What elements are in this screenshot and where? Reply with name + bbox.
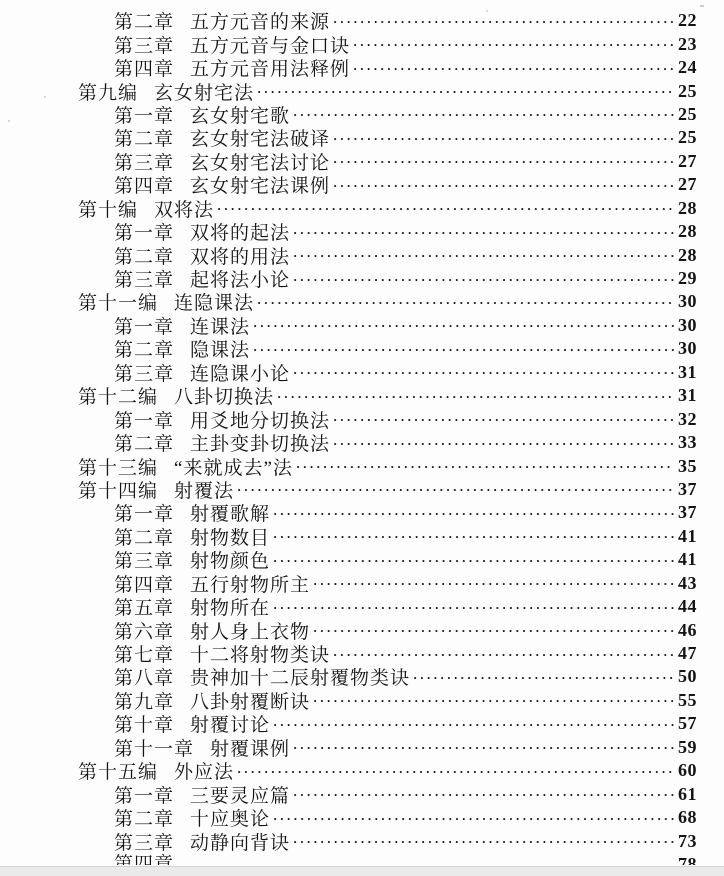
toc-entry: 第一章 连课法 ································… [0,314,724,337]
dot-leader: ········································… [313,691,674,709]
toc-entry-page: 25 [675,104,697,125]
toc-entry: 第十编 双将法 ································… [0,197,724,220]
toc-entry: 第二章 五方元音的来源 ····························… [0,9,724,32]
toc-entry: 第八章 贵神加十二辰射覆物类诀 ························… [0,665,724,688]
dot-leader: ········································… [293,105,674,123]
toc-entry-page: 59 [675,737,697,758]
dot-leader: ········································… [273,809,674,827]
toc-entry-label: 第四章 [114,853,174,865]
toc-entry-page: 50 [675,666,697,687]
toc-entry: 第一章 三要灵应篇 ······························… [0,782,724,805]
toc-list: 第二章 五方元音的来源 ····························… [0,0,724,865]
dot-leader: ········································… [293,270,674,288]
dot-leader: ········································… [273,598,674,616]
toc-entry: 第二章 射物数目 ·······························… [0,525,724,548]
dot-leader: ········································… [313,574,674,592]
dot-leader: ········································… [293,832,674,850]
toc-entry: 第十章 射覆讨论 ·······························… [0,712,724,735]
toc-entry: 第六章 射人身上衣物 ·····························… [0,618,724,641]
toc-entry-page: 28 [675,221,697,242]
toc-entry-title: 动静向背诀 [190,828,290,855]
toc-entry: 第十一章 射覆课例 ······························… [0,736,724,759]
toc-entry-page: 28 [675,245,697,266]
toc-entry-page: 41 [675,549,697,570]
dot-leader: ········································… [333,176,674,194]
toc-entry-page: 33 [675,432,697,453]
toc-entry: 第二章 主卦变卦切换法 ····························… [0,431,724,454]
dot-leader: ········································… [333,152,674,170]
toc-entry-page: 25 [675,81,697,102]
toc-entry: 第九章 八卦射覆断诀 ·····························… [0,689,724,712]
toc-entry: 第三章 五方元音与金口诀 ···························… [0,32,724,55]
dot-leader: ········································… [293,738,674,756]
toc-entry-page: 30 [675,291,697,312]
toc-entry: 第二章 双将的用法 ······························… [0,243,724,266]
toc-entry-page: 24 [675,57,697,78]
toc-entry: 第一章 用爻地分切换法 ····························… [0,407,724,430]
toc-entry-label: 第三章 [114,828,174,855]
dot-leader: ········································… [313,621,674,639]
toc-entry: 第五章 射物所在 ·······························… [0,595,724,618]
dot-leader: ········································… [273,715,674,733]
toc-entry: 第三章 射物颜色 ·······························… [0,548,724,571]
dot-leader: ········································… [237,480,674,498]
toc-entry-page: 22 [675,10,697,31]
dot-leader: ········································… [293,363,674,381]
toc-entry-page: 43 [675,573,697,594]
toc-entry: 第十一编 连隐课法 ······························… [0,290,724,313]
page-bottom-edge [0,866,724,876]
toc-entry-page: 27 [675,151,697,172]
toc-entry-page: 55 [675,690,697,711]
dot-leader: ········································… [333,434,674,452]
toc-entry-page: 32 [675,409,697,430]
dot-leader: ········································… [353,35,674,53]
toc-entry-page: 57 [675,713,697,734]
toc-entry-page: 73 [675,831,697,852]
toc-entry: 第十五编 外应法 ·······························… [0,759,724,782]
toc-entry: 第十二编 八卦切换法 ·····························… [0,384,724,407]
dot-leader: ········································… [257,82,674,100]
toc-entry: 第二章 隐课法 ································… [0,337,724,360]
dot-leader: ········································… [333,129,674,147]
toc-entry-page: 78 [675,853,697,865]
toc-entry-page: 37 [675,502,697,523]
toc-entry-page: 46 [675,620,697,641]
dot-leader: ········································… [237,762,674,780]
toc-entry: 第二章 玄女射宅法破译 ····························… [0,126,724,149]
dot-leader: ········································… [333,645,674,663]
toc-entry-page: 41 [675,526,697,547]
toc-entry: 第七章 十二将射物类诀 ····························… [0,642,724,665]
toc-entry: 第三章 玄女射宅法讨论 ····························… [0,150,724,173]
dot-leader: ········································… [217,199,674,217]
toc-entry-page: 35 [675,456,697,477]
toc-entry: 第四章 78 [0,853,724,865]
toc-entry: 第四章 五方元音用法释例 ···························… [0,56,724,79]
toc-entry: 第四章 玄女射宅法课例 ····························… [0,173,724,196]
toc-entry: 第九编 玄女射宅法 ······························… [0,79,724,102]
dot-leader: ········································… [273,527,674,545]
toc-entry-page: 47 [675,643,697,664]
dot-leader: ········································… [277,387,674,405]
dot-leader: ········································… [257,293,674,311]
toc-entry-page: 60 [675,760,697,781]
toc-entry-page: 25 [675,127,697,148]
toc-entry: 第一章 玄女射宅歌 ······························… [0,103,724,126]
toc-entry-page: 31 [675,362,697,383]
toc-entry-page: 30 [675,338,697,359]
toc-entry: 第二章 十应奥论 ·······························… [0,806,724,829]
scan-speck [8,120,10,122]
scanned-toc-page: 第二章 五方元音的来源 ····························… [0,0,724,876]
dot-leader: ········································… [253,340,674,358]
toc-entry: 第三章 动静向背诀 ······························… [0,829,724,852]
scan-speck [44,96,46,98]
toc-entry-page: 37 [675,479,697,500]
dot-leader: ········································… [353,59,674,77]
toc-entry: 第三章 起将法小论 ······························… [0,267,724,290]
scan-speck [700,5,704,7]
toc-entry: 第四章 五行射物所主 ·····························… [0,572,724,595]
dot-leader: ········································… [293,223,674,241]
toc-entry-page: 61 [675,784,697,805]
toc-entry: 第十四编 射覆法 ·······························… [0,478,724,501]
toc-entry-page: 30 [675,315,697,336]
toc-entry-page: 44 [675,596,697,617]
dot-leader: ········································… [296,457,674,475]
dot-leader: ········································… [333,12,674,30]
toc-entry-page: 31 [675,385,697,406]
dot-leader: ········································… [333,410,674,428]
dot-leader: ········································… [253,316,674,334]
dot-leader: ········································… [413,668,674,686]
toc-entry-page: 27 [675,174,697,195]
scan-speck [486,10,488,12]
toc-entry: 第十三编 “来就成去”法 ···························… [0,454,724,477]
dot-leader: ········································… [273,551,674,569]
toc-entry-page: 28 [675,198,697,219]
toc-entry: 第三章 连隐课小论 ······························… [0,361,724,384]
toc-entry: 第一章 射覆歌解 ·······························… [0,501,724,524]
toc-entry-page: 68 [675,807,697,828]
dot-leader: ········································… [273,504,674,522]
toc-entry: 第一章 双将的起法 ······························… [0,220,724,243]
toc-entry-page: 29 [675,268,697,289]
toc-entry-page: 23 [675,34,697,55]
dot-leader: ········································… [293,785,674,803]
dot-leader: ········································… [293,246,674,264]
